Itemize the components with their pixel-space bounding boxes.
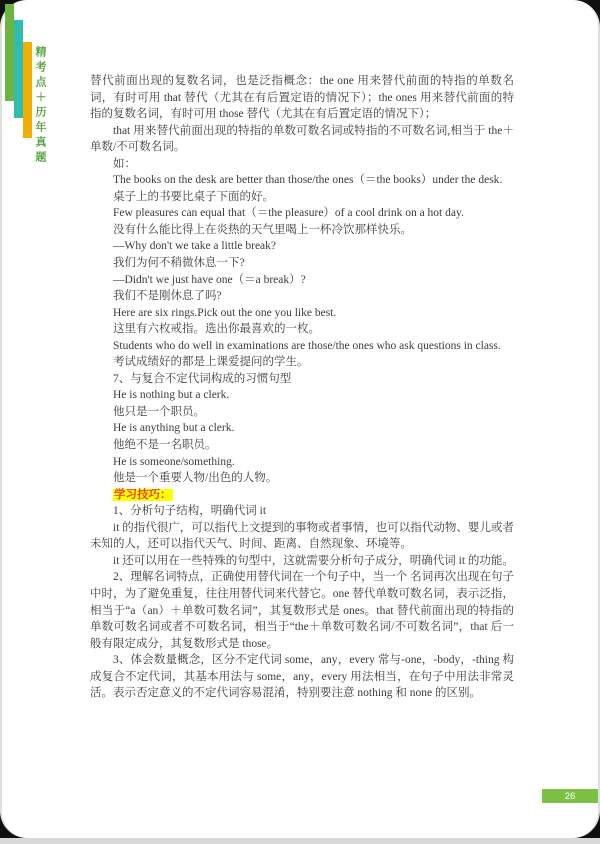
paragraph: Few pleasures can equal that（＝the pleasu… <box>90 205 514 222</box>
paragraph: Here are six rings.Pick out the one you … <box>90 305 514 322</box>
paragraph: 学习技巧： <box>90 487 514 504</box>
paragraph: 没有什么能比得上在炎热的天气里喝上一杯冷饮那样快乐。 <box>90 222 514 239</box>
paragraph: The books on the desk are better than th… <box>90 172 514 189</box>
paragraph: 1、分析句子结构，明确代词 it <box>90 503 514 520</box>
paragraph: it 还可以用在一些特殊的句型中，这就需要分析句子成分，明确代词 it 的功能。 <box>90 553 514 570</box>
sidebar-green-bar-icon <box>5 4 14 101</box>
paragraph: 他绝不是一名职员。 <box>90 437 514 454</box>
paragraph: 2、理解名词特点，正确使用替代词在一个句子中，当一个 名词再次出现在句子中时，为… <box>90 569 514 652</box>
page-body-text: 替代前面出现的复数名词，也是泛指概念：the one 用来替代前面的特指的单数名… <box>90 73 514 702</box>
paragraph: He is someone/something. <box>90 454 514 471</box>
paragraph: 如： <box>90 156 514 173</box>
sidebar-vertical-label: 精考点＋历年真题 <box>32 46 48 186</box>
sidebar-yellow-bar-icon <box>23 42 32 138</box>
paragraph: 我们为何不稍微休息一下? <box>90 255 514 272</box>
paragraph: 他只是一个职员。 <box>90 404 514 421</box>
paragraph: —Why don't we take a little break? <box>90 238 514 255</box>
paragraph: 他是一个重要人物/出色的人物。 <box>90 470 514 487</box>
paragraph: 桌子上的书要比桌子下面的好。 <box>90 189 514 206</box>
page-number-badge: 26 <box>542 789 598 803</box>
paragraph: 这里有六枚戒指。选出你最喜欢的一枚。 <box>90 321 514 338</box>
paragraph: 7、与复合不定代词构成的习惯句型 <box>90 371 514 388</box>
paragraph: 考试成绩好的都是上课爱提问的学生。 <box>90 354 514 371</box>
document-page: 精考点＋历年真题 替代前面出现的复数名词，也是泛指概念：the one 用来替代… <box>0 0 600 838</box>
paragraph: He is nothing but a clerk. <box>90 387 514 404</box>
paragraph: that 用来替代前面出现的特指的单数可数名词或特指的不可数名词,相当于 the… <box>90 123 514 156</box>
paragraph: Students who do well in examinations are… <box>90 338 514 355</box>
sidebar-teal-bar-icon <box>14 20 23 118</box>
viewer-bottom-strip <box>0 838 600 844</box>
paragraph: —Didn't we just have one（＝a break）? <box>90 272 514 289</box>
paragraph: 3、体会数量概念，区分不定代词 some，any，every 常与-one，-b… <box>90 652 514 702</box>
paragraph: He is anything but a clerk. <box>90 420 514 437</box>
paragraph: 我们不是刚休息了吗? <box>90 288 514 305</box>
viewer-stage: 精考点＋历年真题 替代前面出现的复数名词，也是泛指概念：the one 用来替代… <box>0 0 600 844</box>
paragraph: it 的指代很广，可以指代上文提到的事物或者事情，也可以指代动物、婴儿或者未知的… <box>90 520 514 553</box>
paragraph: 替代前面出现的复数名词，也是泛指概念：the one 用来替代前面的特指的单数名… <box>90 73 514 123</box>
study-tips-label: 学习技巧： <box>113 489 173 501</box>
